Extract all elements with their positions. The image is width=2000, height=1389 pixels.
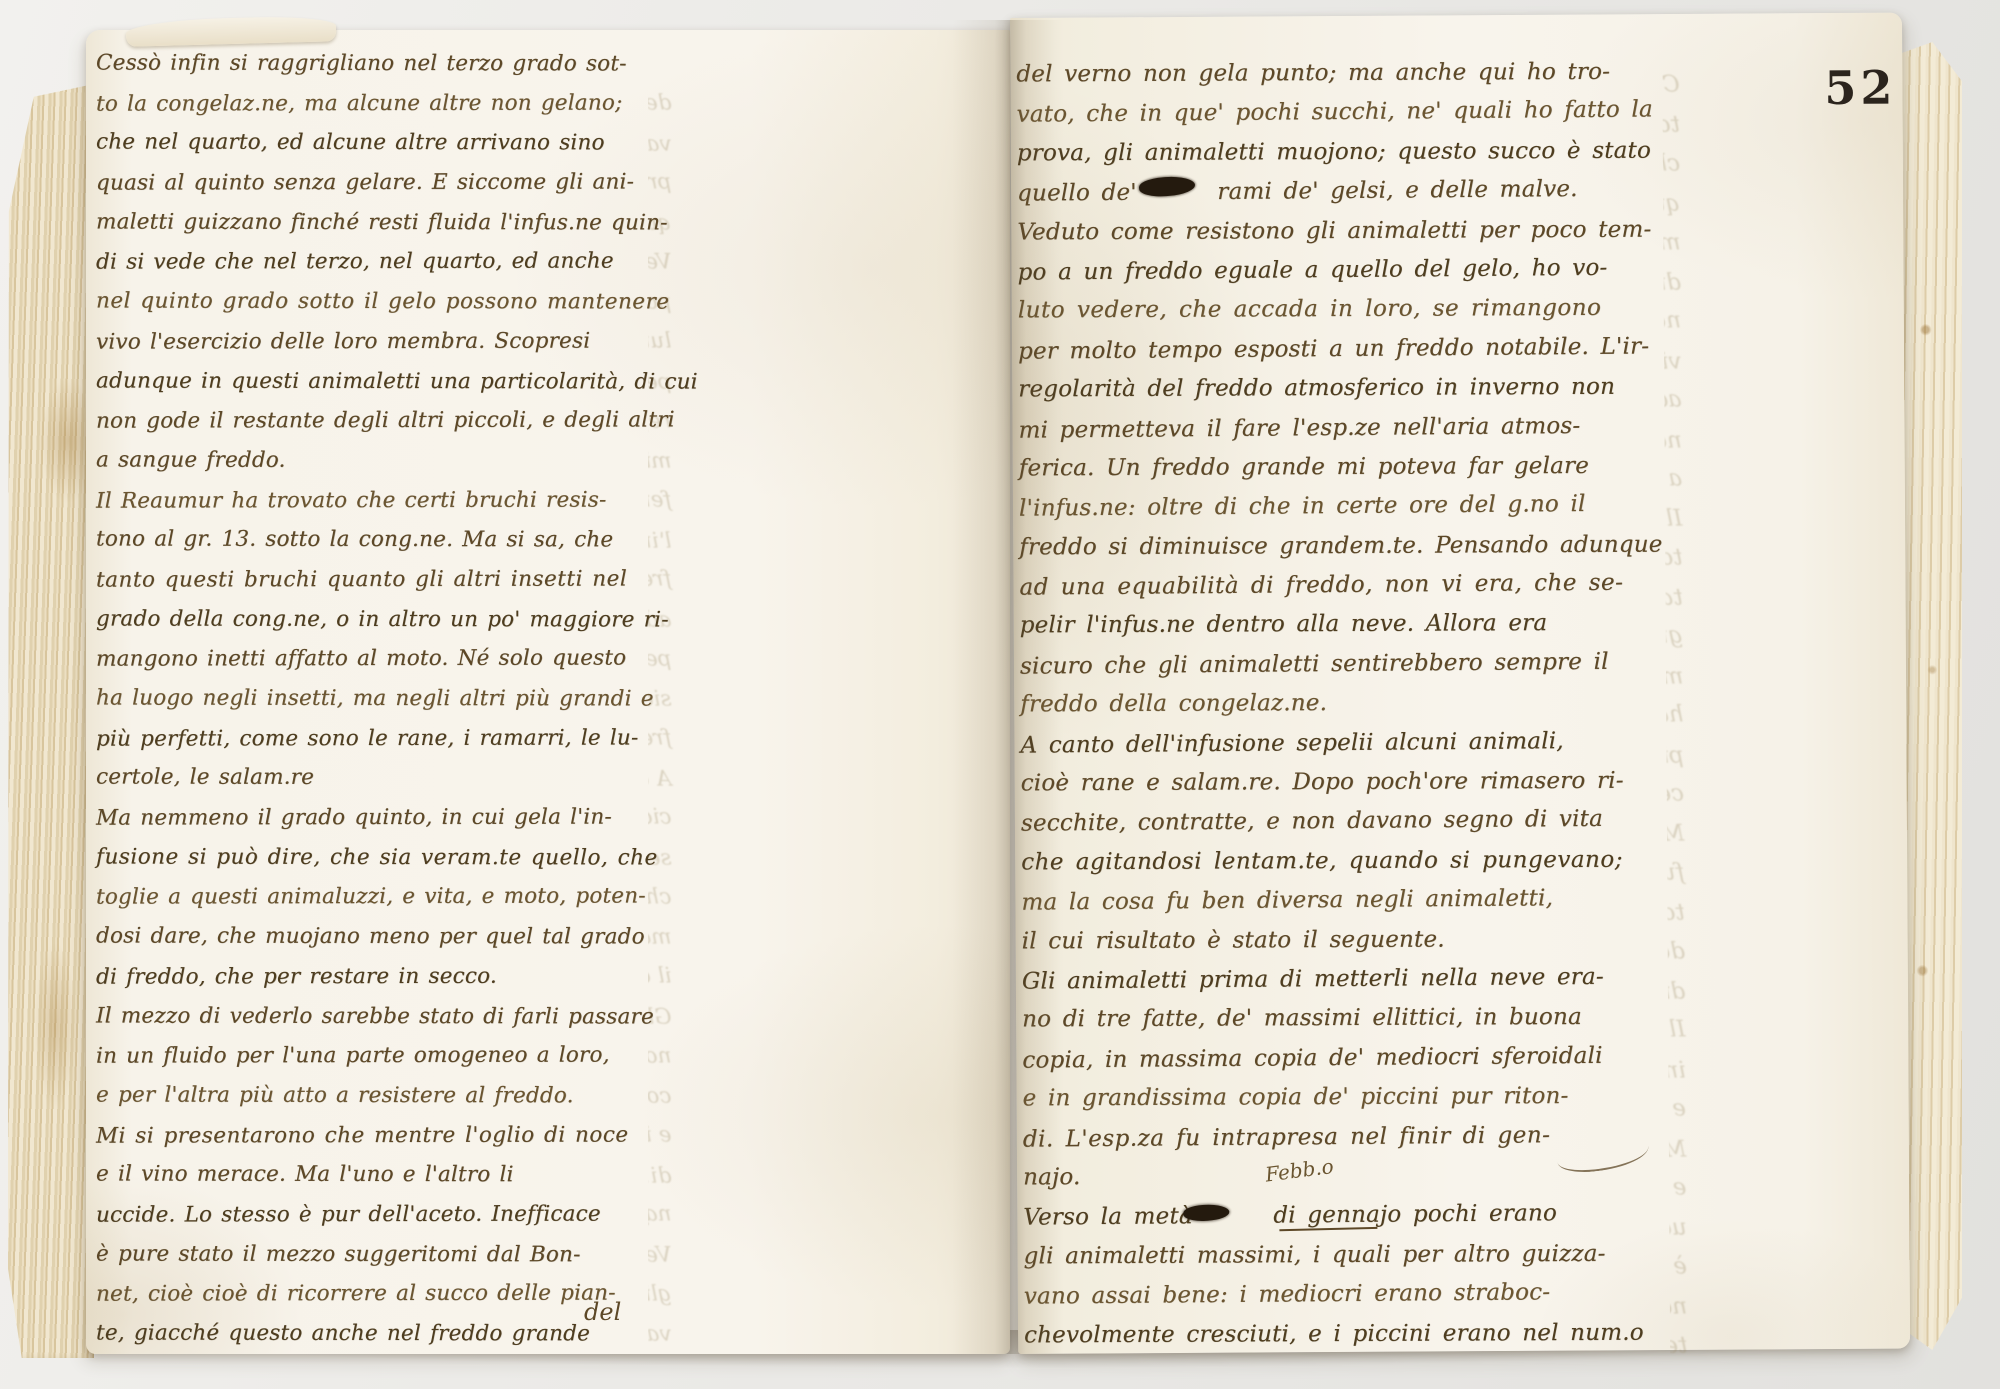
handwritten-line: nel quinto grado sotto il gelo possono m… <box>96 282 698 323</box>
bleedthrough-line: non gode il restante degli altri piccoli… <box>1662 421 1682 463</box>
bleedthrough-line: toglie a questi animaluzzi, e vita, e mo… <box>1662 894 1685 936</box>
handwritten-line: freddo si diminuisce grandem.te. Pensand… <box>1019 525 1662 567</box>
bleedthrough-line: mangono inetti affatto al moto. Né solo … <box>1662 657 1683 699</box>
handwritten-line: prova, gli animaletti muojono; questo su… <box>1017 131 1660 173</box>
bleedthrough-line: Ma nemmeno il grado quinto, in cui gela … <box>1662 815 1684 857</box>
handwritten-line: e il vino merace. Ma l'uno e l'altro li <box>96 1155 698 1196</box>
handwritten-line: regolarità del freddo atmosferico in inv… <box>1018 368 1661 410</box>
handwritten-line: vano assai bene: i mediocri erano strabo… <box>1024 1272 1668 1317</box>
bleedthrough-line: più perfetti, come sono le rane, i ramar… <box>1662 736 1684 778</box>
handwritten-line: più perfetti, come sono le rane, i ramar… <box>96 718 698 759</box>
handwritten-line: Cessò infin si raggrigliano nel terzo gr… <box>96 43 698 84</box>
handwritten-line: certole, le salam.re <box>96 758 698 799</box>
handwritten-line: sicuro che gli animaletti sentirebbero s… <box>1020 642 1664 687</box>
handwritten-line: del verno non gela punto; ma anche qui h… <box>1016 53 1659 95</box>
handwritten-line: che nel quarto, ed alcune altre arrivano… <box>96 123 698 164</box>
handwritten-line: Verso la metà di gennajo pochi erano <box>1023 1194 1667 1239</box>
handwritten-line: in un fluido per l'una parte omogeneo a … <box>96 1036 698 1077</box>
handwritten-line: pelir l'infus.ne dentro alla neve. Allor… <box>1020 604 1663 646</box>
handwritten-line: e in grandissima copia de' piccini pur r… <box>1023 1077 1666 1119</box>
handwritten-line: dosi dare, che muojano meno per quel tal… <box>96 917 698 958</box>
bleedthrough-line: a sangue freddo. <box>1662 459 1682 503</box>
handwritten-line: chevolmente cresciuti, e i piccini erano… <box>1024 1313 1667 1355</box>
handwritten-line: toglie a questi animaluzzi, e vita, e mo… <box>96 877 698 918</box>
handwritten-line: Gli animaletti prima di metterli nella n… <box>1022 957 1666 1002</box>
bleedthrough-line: maletti guizzano finché resti fluida l'i… <box>1662 223 1681 267</box>
handwritten-line: grado della cong.ne, o in altro un po' m… <box>96 599 698 640</box>
handwritten-line: luto vedere, che accada in loro, se rima… <box>1018 289 1661 331</box>
handwritten-line: fusione si può dire, che sia veram.te qu… <box>96 837 698 878</box>
bleedthrough-line: certole, le salam.re <box>1662 774 1684 818</box>
bleedthrough-line: tono al gr. 13. sotto la cong.ne. Ma si … <box>1662 538 1682 582</box>
handwritten-line: per molto tempo esposti a un freddo nota… <box>1018 327 1662 372</box>
handwritten-line: tono al gr. 13. sotto la cong.ne. Ma si … <box>96 520 698 561</box>
handwritten-line: ma la cosa fu ben diversa negli animalet… <box>1021 879 1665 924</box>
handwritten-line: maletti guizzano finché resti fluida l'i… <box>96 202 698 243</box>
right-page-bleedthrough: Cessò infin si raggrigliano nel terzo gr… <box>1662 55 1904 1356</box>
handwritten-line: cioè rane e salam.re. Dopo poch'ore rima… <box>1021 762 1664 804</box>
handwritten-line: che agitandosi lentam.te, quando si pung… <box>1021 840 1664 882</box>
handwritten-line: ferica. Un freddo grande mi poteva far g… <box>1019 446 1662 488</box>
page-edges-left <box>8 84 94 1358</box>
left-page-text: Cessò infin si raggrigliano nel terzo gr… <box>96 44 698 1354</box>
handwritten-line: mi permetteva il fare l'esp.ze nell'aria… <box>1018 406 1662 451</box>
handwritten-line: tanto questi bruchi quanto gli altri ins… <box>96 559 698 600</box>
bleedthrough-line: fusione si può dire, che sia veram.te qu… <box>1662 853 1684 897</box>
bleedthrough-line: quasi al quinto senza gelare. E siccome … <box>1662 185 1680 227</box>
bleedthrough-line: nel quinto grado sotto il gelo possono m… <box>1662 302 1681 346</box>
handwritten-line: ha luogo negli insetti, ma negli altri p… <box>96 678 698 719</box>
bleedthrough-line: adunque in questi animaletti una partico… <box>1662 380 1681 424</box>
handwritten-line: secchite, contratte, e non davano segno … <box>1021 800 1665 845</box>
handwritten-line: il cui risultato è stato il seguente. <box>1022 919 1665 961</box>
bleedthrough-line: di freddo, che per restare in secco. <box>1662 973 1685 1015</box>
bleedthrough-line: Cessò infin si raggrigliano nel terzo gr… <box>1662 65 1680 109</box>
handwritten-line: no di tre fatte, de' massimi ellittici, … <box>1022 998 1665 1040</box>
handwritten-line: Ma nemmeno il grado quinto, in cui gela … <box>96 797 698 838</box>
left-page: del verno non gela punto; ma anche qui h… <box>86 30 1010 1354</box>
handwritten-line: vivo l'esercizio delle loro membra. Scop… <box>96 321 698 362</box>
bleedthrough-line: to la congelaz.ne, ma alcune altre non g… <box>1662 106 1680 148</box>
handwritten-line: A canto dell'infusione sepelii alcuni an… <box>1020 721 1664 766</box>
handwritten-line: adunque in questi animaletti una partico… <box>96 361 698 402</box>
handwritten-line: di si vede che nel terzo, nel quarto, ed… <box>96 242 698 283</box>
handwritten-line: Veduto come resistono gli animaletti per… <box>1017 210 1660 252</box>
handwritten-line: Mi si presentarono che mentre l'oglio di… <box>96 1115 698 1156</box>
handwritten-line: Il mezzo di vederlo sarebbe stato di far… <box>96 996 698 1037</box>
page-number: 52 <box>1824 61 1896 115</box>
photo-background: del verno non gela punto; ma anche qui h… <box>0 0 2000 1389</box>
left-page-bleedthrough: del verno non gela punto; ma anche qui h… <box>648 60 996 1348</box>
handwritten-line: po a un freddo eguale a quello del gelo,… <box>1017 248 1661 293</box>
bleedthrough-line: che nel quarto, ed alcune altre arrivano… <box>1662 144 1680 188</box>
handwritten-line: gli animaletti massimi, i quali per altr… <box>1023 1234 1666 1276</box>
bleedthrough-line: dosi dare, che muojano meno per quel tal… <box>1662 932 1685 976</box>
bleedthrough-line: ha luogo negli insetti, ma negli altri p… <box>1662 696 1683 740</box>
handwritten-line: di freddo, che per restare in secco. <box>96 956 698 997</box>
handwritten-line: quello de' rami de' gelsi, e delle malve… <box>1017 170 1661 215</box>
page-corner-curl <box>126 15 337 46</box>
bleedthrough-line: di si vede che nel terzo, nel quarto, ed… <box>1662 264 1681 306</box>
handwritten-line: freddo della congelaz.ne. <box>1020 683 1663 725</box>
catchword: del <box>584 1298 621 1326</box>
bleedthrough-line: Il Reaumur ha trovato che certi bruchi r… <box>1662 500 1682 542</box>
bleedthrough-line: vivo l'esercizio delle loro membra. Scop… <box>1662 342 1681 384</box>
handwritten-line: è pure stato il mezzo suggeritomi dal Bo… <box>96 1234 698 1275</box>
handwritten-line: mangono inetti affatto al moto. Né solo … <box>96 639 698 680</box>
handwritten-line: Il Reaumur ha trovato che certi bruchi r… <box>96 480 698 521</box>
bleedthrough-line: grado della cong.ne, o in altro un po' m… <box>1662 617 1683 661</box>
handwritten-line: non gode il restante degli altri piccoli… <box>96 401 698 442</box>
handwritten-line: ad una equabilità di freddo, non vi era,… <box>1019 563 1663 608</box>
handwritten-line: e per l'altra più atto a resistere al fr… <box>96 1075 698 1116</box>
bleedthrough-line: tanto questi bruchi quanto gli altri ins… <box>1662 579 1683 621</box>
handwritten-line: copia, in massima copia de' mediocri sfe… <box>1022 1036 1666 1081</box>
handwritten-line: vato, che in que' pochi succhi, ne' qual… <box>1016 91 1660 136</box>
handwritten-line: uccide. Lo stesso è pur dell'aceto. Inef… <box>96 1194 698 1235</box>
handwritten-line: l'infus.ne: oltre di che in certe ore de… <box>1019 485 1663 530</box>
right-page: Cessò infin si raggrigliano nel terzo gr… <box>1010 13 1910 1354</box>
handwritten-line: quasi al quinto senza gelare. E siccome … <box>96 162 698 203</box>
handwritten-line: to la congelaz.ne, ma alcune altre non g… <box>96 83 698 124</box>
bleedthrough-line: Il mezzo di vederlo sarebbe stato di far… <box>1662 1011 1685 1055</box>
handwritten-line: a sangue freddo. <box>96 440 698 481</box>
